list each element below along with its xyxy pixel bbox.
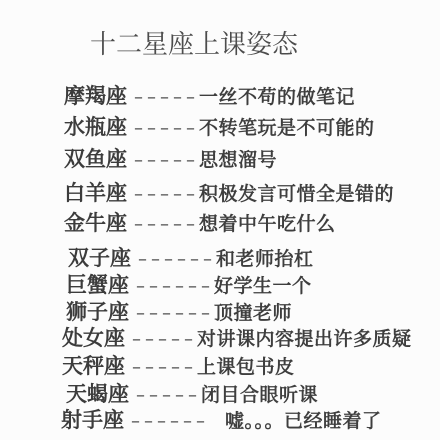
- behavior-text: 闭目合眼听课: [201, 385, 318, 406]
- list-item: 巨蟹座––––––好学生一个: [66, 269, 312, 299]
- behavior-text: 和老师抬杠: [216, 249, 314, 270]
- behavior-text: 好学生一个: [214, 276, 312, 297]
- behavior-text: 想着中午吃什么: [199, 214, 336, 235]
- list-item: 金牛座–––––想着中午吃什么: [64, 207, 336, 237]
- zodiac-name: 天秤座: [62, 350, 132, 380]
- zodiac-name: 处女座: [62, 322, 132, 352]
- behavior-text: 一丝不苟的做笔记: [199, 87, 355, 108]
- list-item: 白羊座–––––积极发言可惜全是错的: [64, 177, 394, 207]
- zodiac-name: 白羊座: [64, 177, 134, 207]
- dash-leader: –––––: [136, 385, 201, 406]
- list-item: 射手座––––––嘘。。。已经睡着了: [61, 404, 382, 434]
- behavior-text: 积极发言可惜全是错的: [199, 184, 394, 205]
- behavior-text: 对讲课内容提出许多质疑: [197, 329, 412, 350]
- zodiac-name: 水瓶座: [64, 111, 134, 141]
- dash-leader: ––––––: [131, 411, 209, 432]
- list-item: 摩羯座–––––一丝不苟的做笔记: [64, 80, 355, 110]
- dash-leader: –––––: [134, 214, 199, 235]
- behavior-text: 嘘。。。已经睡着了: [225, 411, 382, 432]
- dash-leader: –––––: [134, 118, 199, 139]
- list-item: 双子座––––––和老师抬杠: [68, 242, 314, 272]
- zodiac-name: 摩羯座: [64, 80, 134, 110]
- list-item: 水瓶座–––––不转笔玩是不可能的: [64, 111, 375, 141]
- list-item: 处女座–––––对讲课内容提出许多质疑: [62, 322, 412, 352]
- dash-leader: ––––––: [136, 276, 214, 297]
- zodiac-meme-page: 十二星座上课姿态 摩羯座–––––一丝不苟的做笔记 水瓶座–––––不转笔玩是不…: [0, 0, 440, 440]
- dash-leader: ––––––: [138, 249, 216, 270]
- dash-leader: –––––: [132, 329, 197, 350]
- zodiac-name: 射手座: [61, 404, 131, 434]
- zodiac-name: 双子座: [68, 242, 138, 272]
- dash-leader: –––––: [134, 184, 199, 205]
- zodiac-name: 巨蟹座: [66, 269, 136, 299]
- behavior-text: 思想溜号: [199, 150, 277, 171]
- behavior-text: 不转笔玩是不可能的: [199, 118, 375, 139]
- behavior-text: 顶撞老师: [214, 303, 292, 324]
- list-item: 天秤座–––––上课包书皮: [62, 350, 295, 380]
- dash-leader: –––––: [132, 357, 197, 378]
- zodiac-name: 双鱼座: [64, 143, 134, 173]
- list-item: 双鱼座–––––思想溜号: [64, 143, 277, 173]
- page-title: 十二星座上课姿态: [90, 24, 298, 61]
- zodiac-name: 金牛座: [64, 207, 134, 237]
- dash-leader: –––––: [134, 87, 199, 108]
- behavior-text: 上课包书皮: [197, 357, 295, 378]
- dash-leader: –––––: [134, 150, 199, 171]
- dash-leader: ––––––: [136, 303, 214, 324]
